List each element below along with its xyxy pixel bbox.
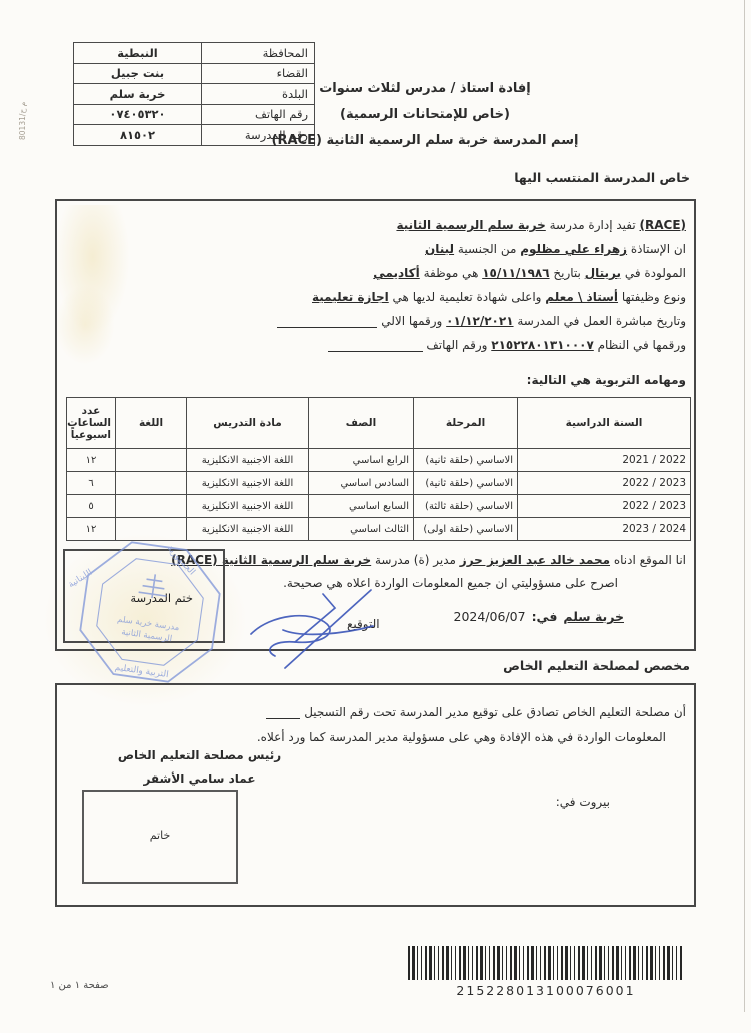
col-header-school-year: السنة الدراسية [518, 398, 691, 449]
cell-stage: الاساسي (حلقة ثانية) [414, 449, 518, 472]
text-segment: واعلى شهادة تعليمية لديها هي [389, 290, 546, 304]
barcode-number: 215228013100076001 [408, 983, 684, 998]
system-number: ٢١٥٢٢٨٠١٣١٠٠٠٧ [491, 338, 594, 352]
beirut-date-label: بيروت في: [556, 795, 610, 809]
cell-year: 2022 / 2023 [518, 495, 691, 518]
info-value-district: بنت جبيل [74, 63, 202, 84]
school-name-title: إسم المدرسة خربة سلم الرسمية الثانية [326, 133, 578, 148]
affidavit-line-3: المولودة في بريتال بتاريخ ١٥/١١/١٩٨٦ هي … [67, 261, 686, 285]
birthplace: بريتال [585, 266, 621, 280]
col-header-grade: الصف [309, 398, 414, 449]
info-value-school-number: ٨١٥٠٢ [74, 125, 202, 146]
table-row: 2021 / 2022 الاساسي (حلقة ثانية) الرابع … [67, 449, 691, 472]
text-segment: انا الموقع ادناه [610, 553, 686, 567]
school-name: خربة سلم الرسمية الثانية [396, 218, 545, 232]
page-number: صفحة ١ من ١ [50, 980, 109, 991]
blank-line [277, 314, 377, 328]
cell-subject: اللغة الاجنبية الانكليزية [187, 472, 309, 495]
text-segment: ونوع وظيفتها [618, 290, 686, 304]
text-segment: ورقمها في النظام [594, 338, 686, 352]
blank-line [266, 705, 300, 719]
chief-signature-block: رئيس مصلحة التعليم الخاص عماد سامي الأشق… [92, 743, 307, 791]
principal-name: محمد خالد عبد العزيز حرز [460, 553, 610, 567]
signing-in-label: في: [532, 609, 558, 624]
affidavit-line-4: ونوع وظيفتها أستاذ \ معلم واعلى شهادة تع… [67, 285, 686, 309]
cell-language [116, 449, 187, 472]
cell-hours: ١٢ [67, 449, 116, 472]
certification-line-1: أن مصلحة التعليم الخاص تصادق على توقيع م… [266, 705, 686, 719]
text-segment: المولودة في [621, 266, 686, 280]
cell-grade: السابع اساسي [309, 495, 414, 518]
table-row: 2022 / 2023 الاساسي (حلقة ثالثة) السابع … [67, 495, 691, 518]
barcode-stripes [408, 946, 684, 980]
duties-header: ومهامه التربوية هي التالية: [527, 373, 686, 387]
text-segment: ورقم الهاتف [423, 338, 492, 352]
title-line-3: إسم المدرسة خربة سلم الرسمية الثانية (RA… [200, 128, 650, 154]
birthdate: ١٥/١١/١٩٨٦ [482, 266, 549, 280]
cell-stage: الاساسي (حلقة ثالثة) [414, 495, 518, 518]
col-header-stage: المرحلة [414, 398, 518, 449]
info-value-town: خربة سلم [74, 84, 202, 105]
text-segment: تفيد إدارة مدرسة [546, 218, 640, 232]
blank-line [328, 338, 423, 352]
affidavit-line-1: (RACE) تفيد إدارة مدرسة خربة سلم الرسمية… [67, 213, 686, 237]
table-row: المحافظة النبطية [74, 43, 315, 64]
barcode: 215228013100076001 [408, 946, 684, 998]
private-education-box: أن مصلحة التعليم الخاص تصادق على توقيع م… [55, 683, 696, 907]
seal-placeholder-label: خاتم [84, 829, 236, 842]
affidavit-line-2: ان الإستاذة زهراء علي مظلوم من الجنسية ل… [67, 237, 686, 261]
text-segment: ان الإستاذة [627, 242, 686, 256]
title-line-2: (خاص للإمتحانات الرسمية) [200, 102, 650, 128]
text-segment: هي موظفة [420, 266, 482, 280]
text-segment: من الجنسية [454, 242, 520, 256]
cell-hours: ٦ [67, 472, 116, 495]
signing-date-line: خربة سلم في: 2024/06/07 [454, 609, 624, 624]
info-value-governorate: النبطية [74, 43, 202, 64]
title-line-1: إفادة استاذ / مدرس لثلاث سنوات [200, 76, 650, 102]
info-value-phone: ٠٧٤٠٥٣٢٠ [74, 104, 202, 125]
affidavit-line-6: ورقمها في النظام ٢١٥٢٢٨٠١٣١٠٠٠٧ ورقم اله… [67, 333, 686, 357]
cell-grade: الرابع اساسي [309, 449, 414, 472]
cell-grade: الثالث اساسي [309, 518, 414, 541]
stamp-text-top2: اللبنانية [68, 568, 94, 590]
cell-stage: الاساسي (حلقة اولى) [414, 518, 518, 541]
table-header-row: السنة الدراسية المرحلة الصف مادة التدريس… [67, 398, 691, 449]
degree: اجازة تعليمية [312, 290, 389, 304]
text-segment: مدير (ة) مدرسة [371, 553, 460, 567]
info-label-governorate: المحافظة [202, 43, 315, 64]
col-header-weekly-hours: عدد الساعات اسبوعياً [67, 398, 116, 449]
cell-year: 2023 / 2024 [518, 518, 691, 541]
document-title: إفادة استاذ / مدرس لثلاث سنوات (خاص للإم… [200, 76, 650, 154]
teacher-name: زهراء علي مظلوم [520, 242, 627, 256]
cell-stage: الاساسي (حلقة ثانية) [414, 472, 518, 495]
signing-date: 2024/06/07 [454, 609, 526, 624]
job-title: أستاذ \ معلم [545, 290, 618, 304]
duties-table: السنة الدراسية المرحلة الصف مادة التدريس… [66, 397, 691, 541]
cell-year: 2022 / 2023 [518, 472, 691, 495]
text-segment: بتاريخ [550, 266, 585, 280]
text-segment: وتاريخ مباشرة العمل في المدرسة [514, 314, 686, 328]
employee-type: أكاديمي [373, 266, 419, 280]
nationality: لبنان [425, 242, 454, 256]
race-acronym: (RACE) [272, 133, 322, 148]
cell-language [116, 495, 187, 518]
work-start-date: ٠١/١٢/٢٠٢١ [446, 314, 513, 328]
section1-header: خاص المدرسة المنتسب اليها [514, 170, 690, 185]
race-acronym: (RACE) [640, 218, 687, 232]
affidavit-line-5: وتاريخ مباشرة العمل في المدرسة ٠١/١٢/٢٠٢… [67, 309, 686, 333]
col-header-subject: مادة التدريس [187, 398, 309, 449]
cell-subject: اللغة الاجنبية الانكليزية [187, 449, 309, 472]
signing-place: خربة سلم [563, 609, 624, 624]
cell-year: 2021 / 2022 [518, 449, 691, 472]
cell-grade: السادس اساسي [309, 472, 414, 495]
text-segment: أن مصلحة التعليم الخاص تصادق على توقيع م… [304, 705, 686, 719]
seal-placeholder-box: خاتم [82, 790, 238, 884]
official-blue-stamp: الجمهورية اللبنانية مدرسة خربة سلم الرسم… [68, 536, 232, 688]
text-segment: ورقمها الالي [377, 314, 446, 328]
handwritten-signature [243, 584, 378, 672]
section2-header: مخصص لمصلحة التعليم الخاص [503, 658, 690, 673]
cell-hours: ٥ [67, 495, 116, 518]
chief-name: عماد سامي الأشقر [92, 767, 307, 791]
col-header-language: اللغة [116, 398, 187, 449]
table-row: 2022 / 2023 الاساسي (حلقة ثانية) السادس … [67, 472, 691, 495]
chief-title: رئيس مصلحة التعليم الخاص [92, 743, 307, 767]
scan-edge-line [744, 0, 745, 1012]
cell-language [116, 472, 187, 495]
side-code-text: 80131/م ح [18, 70, 27, 140]
certification-line-2: المعلومات الواردة في هذه الإفادة وهي على… [257, 730, 666, 744]
scanned-document-page: 80131/م ح المحافظة النبطية القضاء بنت جب… [0, 0, 751, 1033]
affidavit-text: (RACE) تفيد إدارة مدرسة خربة سلم الرسمية… [67, 213, 686, 357]
cell-subject: اللغة الاجنبية الانكليزية [187, 495, 309, 518]
school-name: خربة سلم الرسمية الثانية [218, 553, 372, 567]
